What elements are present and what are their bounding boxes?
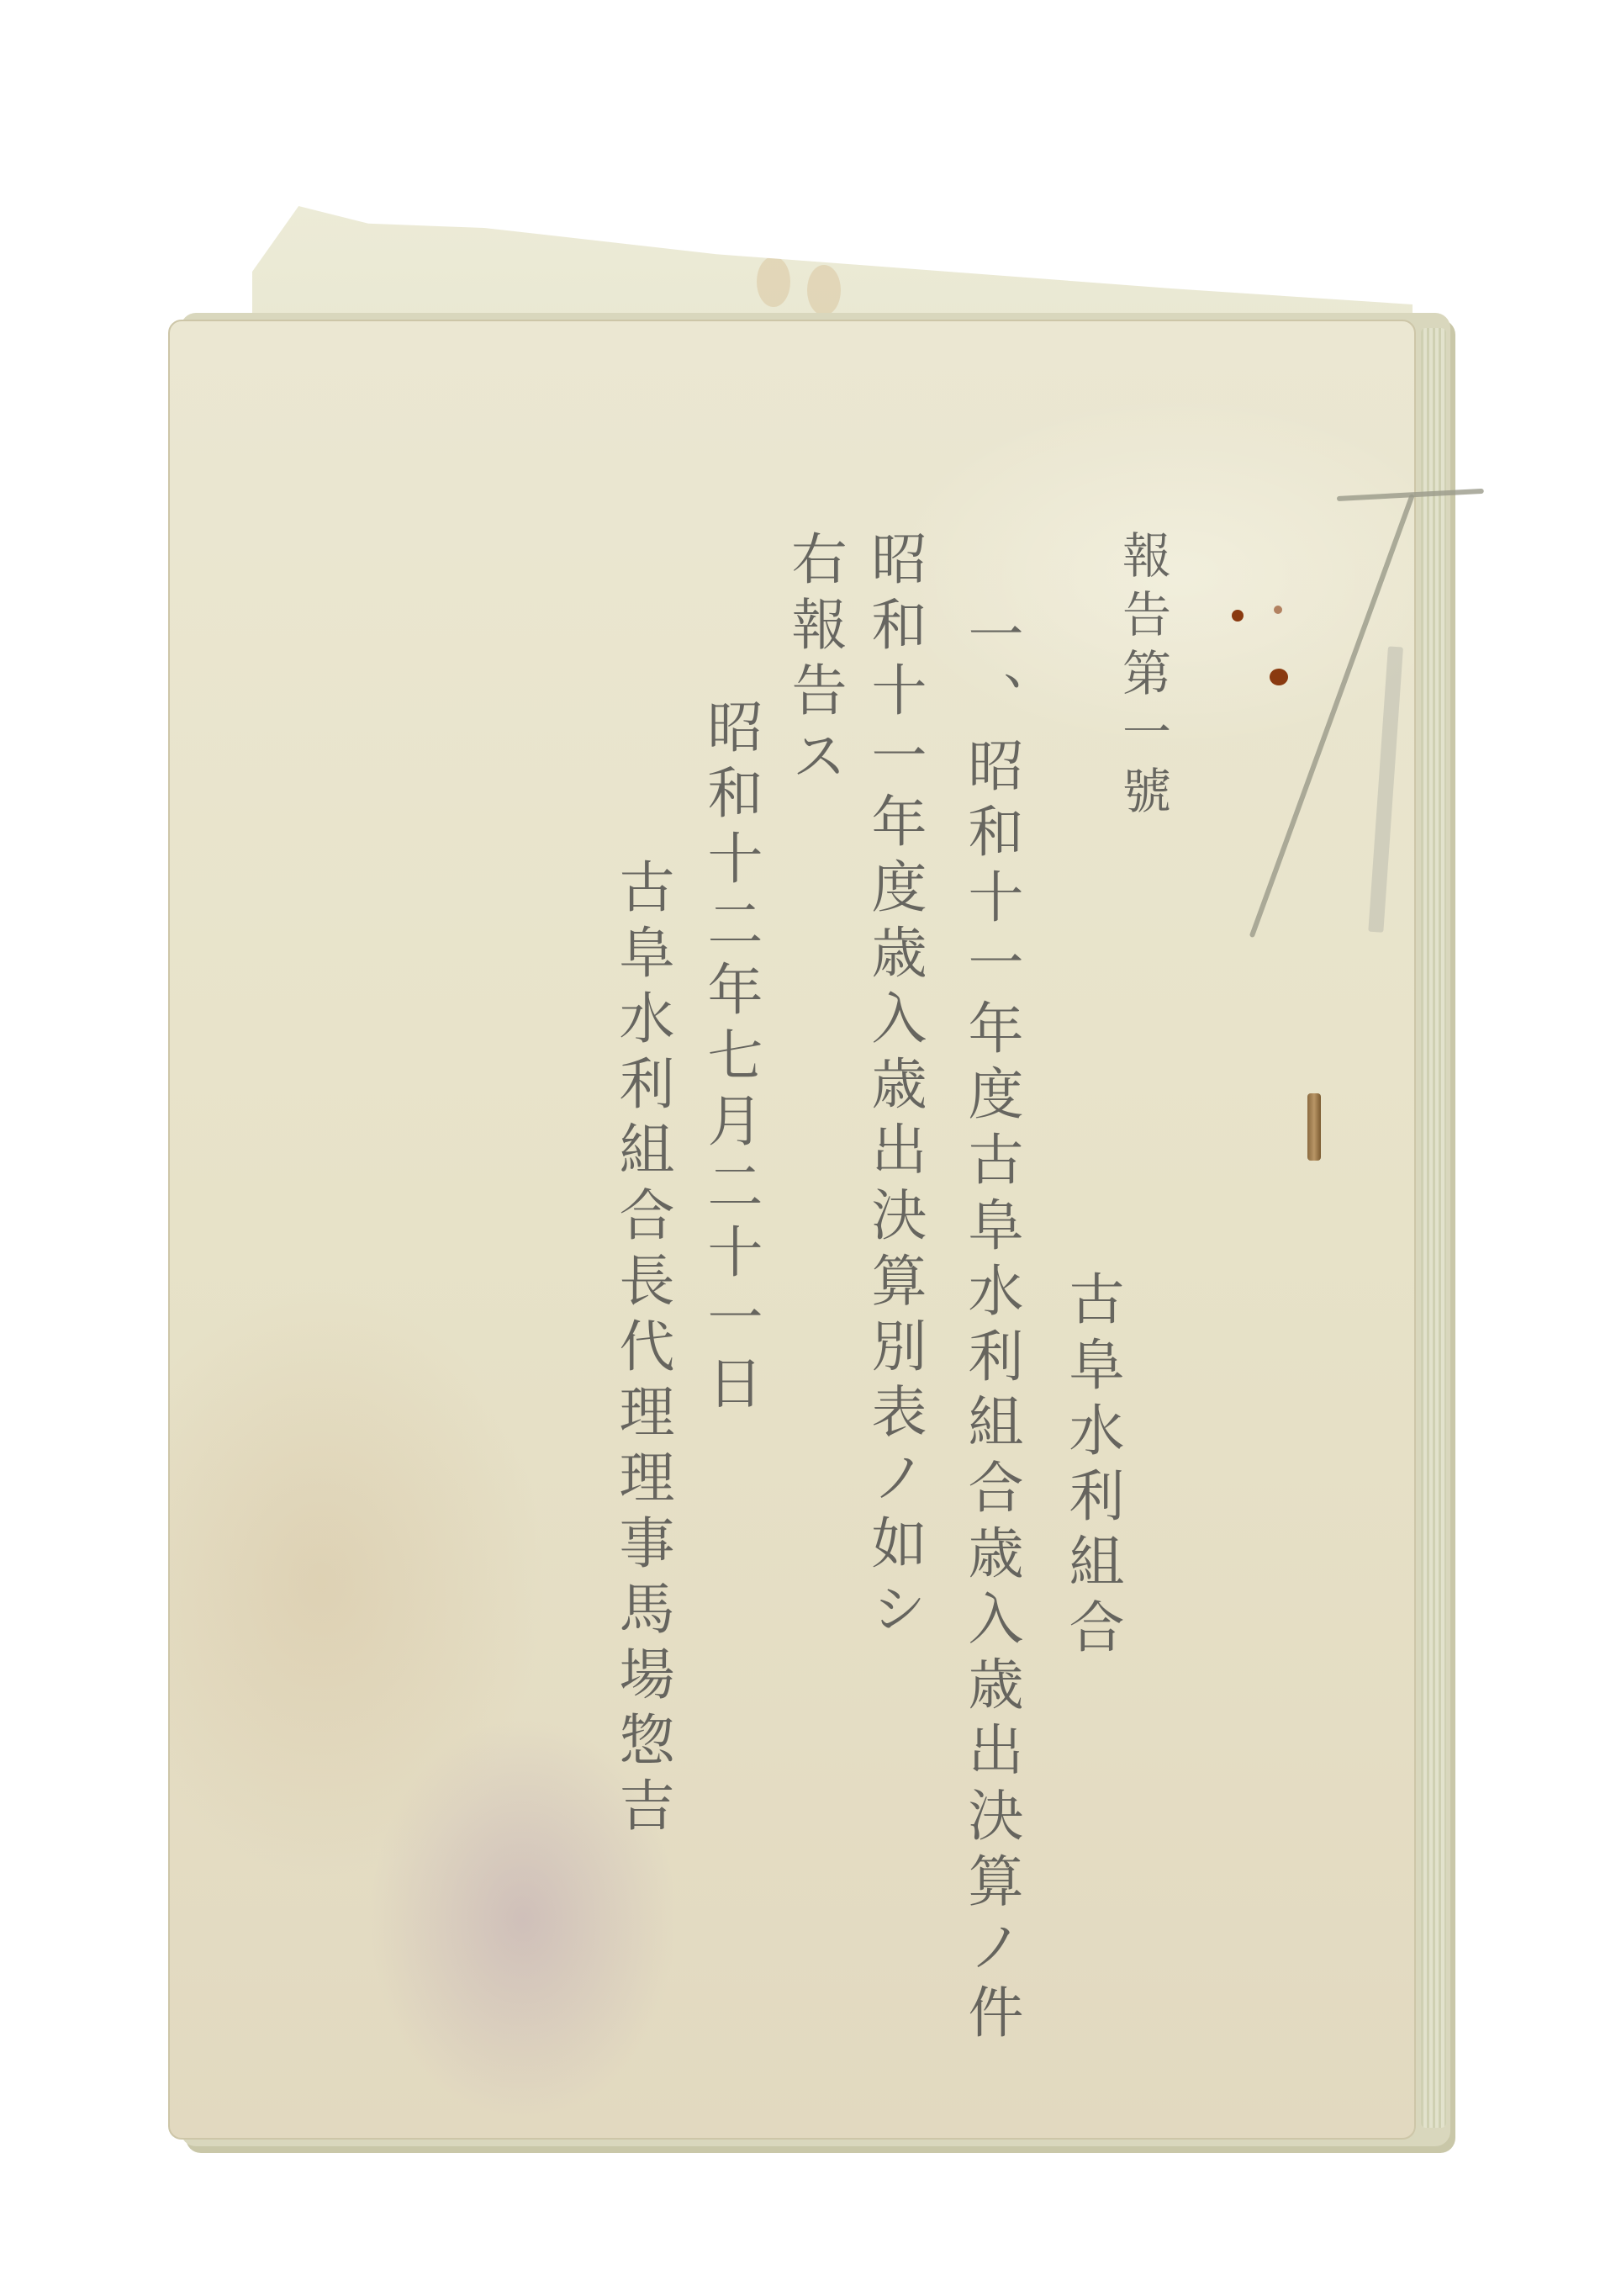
rust-spot xyxy=(1270,669,1288,685)
date-line: 昭和十二年七月二十一日 xyxy=(702,698,758,1420)
body-line: 昭和十一年度歳入歳出決算別表ノ如シ xyxy=(866,530,921,1645)
subject-line: 一、昭和十一年度古阜水利組合歳入歳出決算ノ件 xyxy=(963,606,1018,2049)
stain xyxy=(807,265,841,315)
report-number: 報告第一號 xyxy=(1118,530,1167,824)
rust-spot xyxy=(1232,610,1244,622)
staple xyxy=(1307,1093,1321,1161)
stain xyxy=(757,257,790,307)
closing-line: 右報告ス xyxy=(786,530,842,792)
signature-line: 古阜水利組合長代理理事馬場惣吉 xyxy=(614,858,669,1842)
issuer-right: 古阜水利組合 xyxy=(1064,1270,1119,1664)
spine-page-edges xyxy=(1421,328,1446,2128)
rust-spot xyxy=(1274,606,1282,614)
